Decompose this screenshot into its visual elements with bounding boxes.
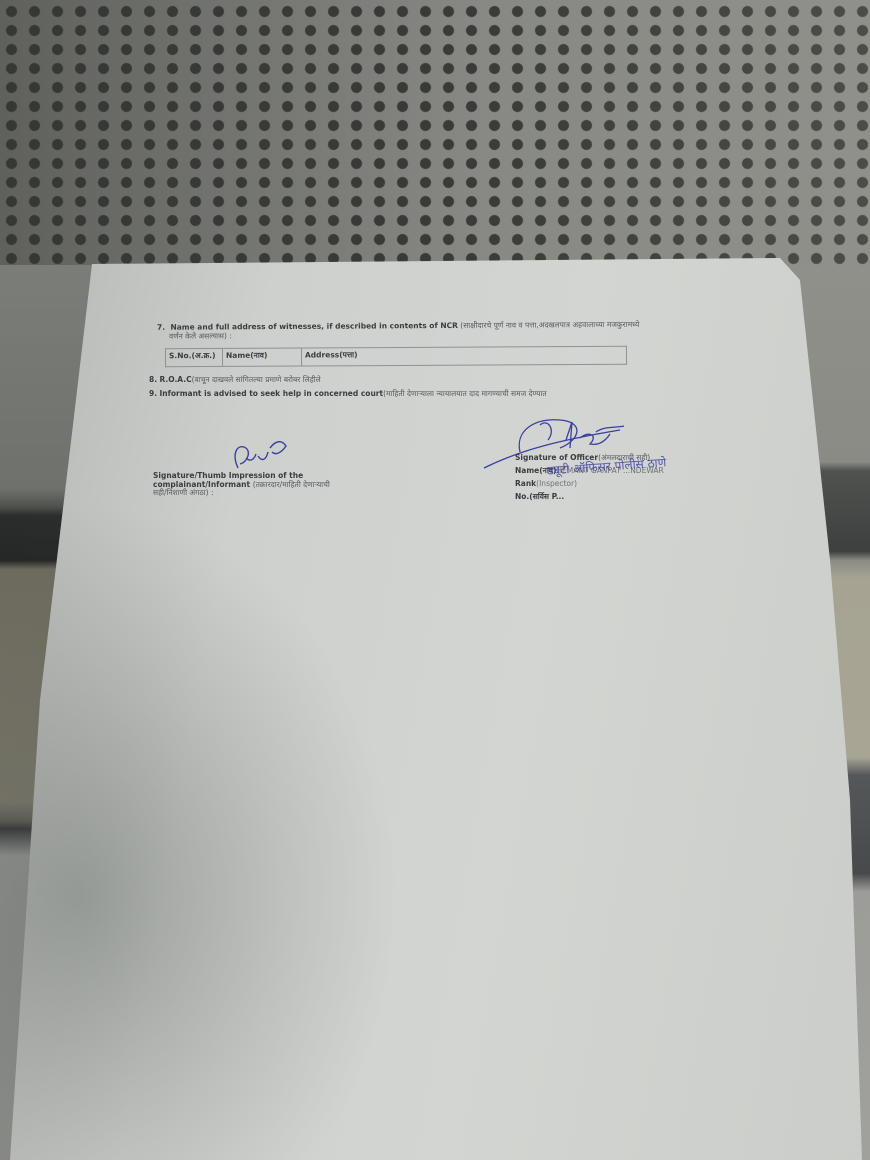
witness-table-header: S.No.(अ.क्र.) Name(नाव) Address(पत्ता) [165, 346, 626, 366]
witness-table: S.No.(अ.क्र.) Name(नाव) Address(पत्ता) [165, 346, 627, 367]
col-sno: S.No.(अ.क्र.) [165, 348, 222, 366]
col-address: Address(पत्ता) [301, 346, 626, 366]
officer-name-value: HEMANT GANPAT ...NDEWAR [556, 466, 663, 475]
ink-markings: ड्यूटी ऑफिसर पोलीस ठाणे [0, 0, 870, 1160]
officer-signature-label: Signature of Officer [515, 453, 598, 462]
officer-rank-label: Rank [515, 479, 536, 488]
officer-rank-value: (Inspector) [536, 479, 577, 488]
officer-no-label: No.(सर्विस P... [515, 492, 564, 501]
item-7-number: 7. [157, 323, 165, 332]
complainant-sig-line2-marathi: (तक्रारदार/माहिती देणाऱ्याची [253, 480, 330, 489]
item-7-witnesses: 7. Name and full address of witnesses, i… [157, 319, 732, 341]
complainant-signature-icon [235, 442, 286, 468]
item-8-marathi: (वाचून दाखवले सांगितल्या प्रमाणे बरोबर ल… [192, 375, 321, 384]
item-9-marathi: (माहिती देणाऱ्याला न्यायालयात दाद मागण्य… [383, 389, 547, 398]
complainant-sig-line3: सही/निशाणी अंगठा) : [153, 489, 393, 498]
officer-block: Signature of Officer(अंमलदाराची सही) Nam… [515, 451, 735, 503]
item-9-label: Informant is advised to seek help in con… [159, 389, 383, 398]
item-8-roac: 8. R.O.A.C(वाचून दाखवले सांगितल्या प्रमा… [149, 375, 321, 384]
officer-signature-marathi: (अंमलदाराची सही) [598, 453, 650, 462]
col-name: Name(नाव) [222, 348, 301, 366]
officer-name-label: Name(नाव) [515, 466, 556, 475]
item-8-number: 8. [149, 375, 157, 384]
ncr-document: 7. Name and full address of witnesses, i… [0, 0, 870, 1160]
item-7-marathi: (साक्षीदारचे पूर्ण नाव व पत्ता,अदखलपात्र… [460, 320, 639, 330]
item-7-label: Name and full address of witnesses, if d… [170, 321, 457, 332]
item-9-advice: 9. Informant is advised to seek help in … [149, 389, 547, 398]
item-9-number: 9. [149, 389, 157, 398]
complainant-signature-block: Signature/Thumb Impression of the compla… [153, 472, 393, 498]
item-8-label: R.O.A.C [159, 375, 191, 384]
